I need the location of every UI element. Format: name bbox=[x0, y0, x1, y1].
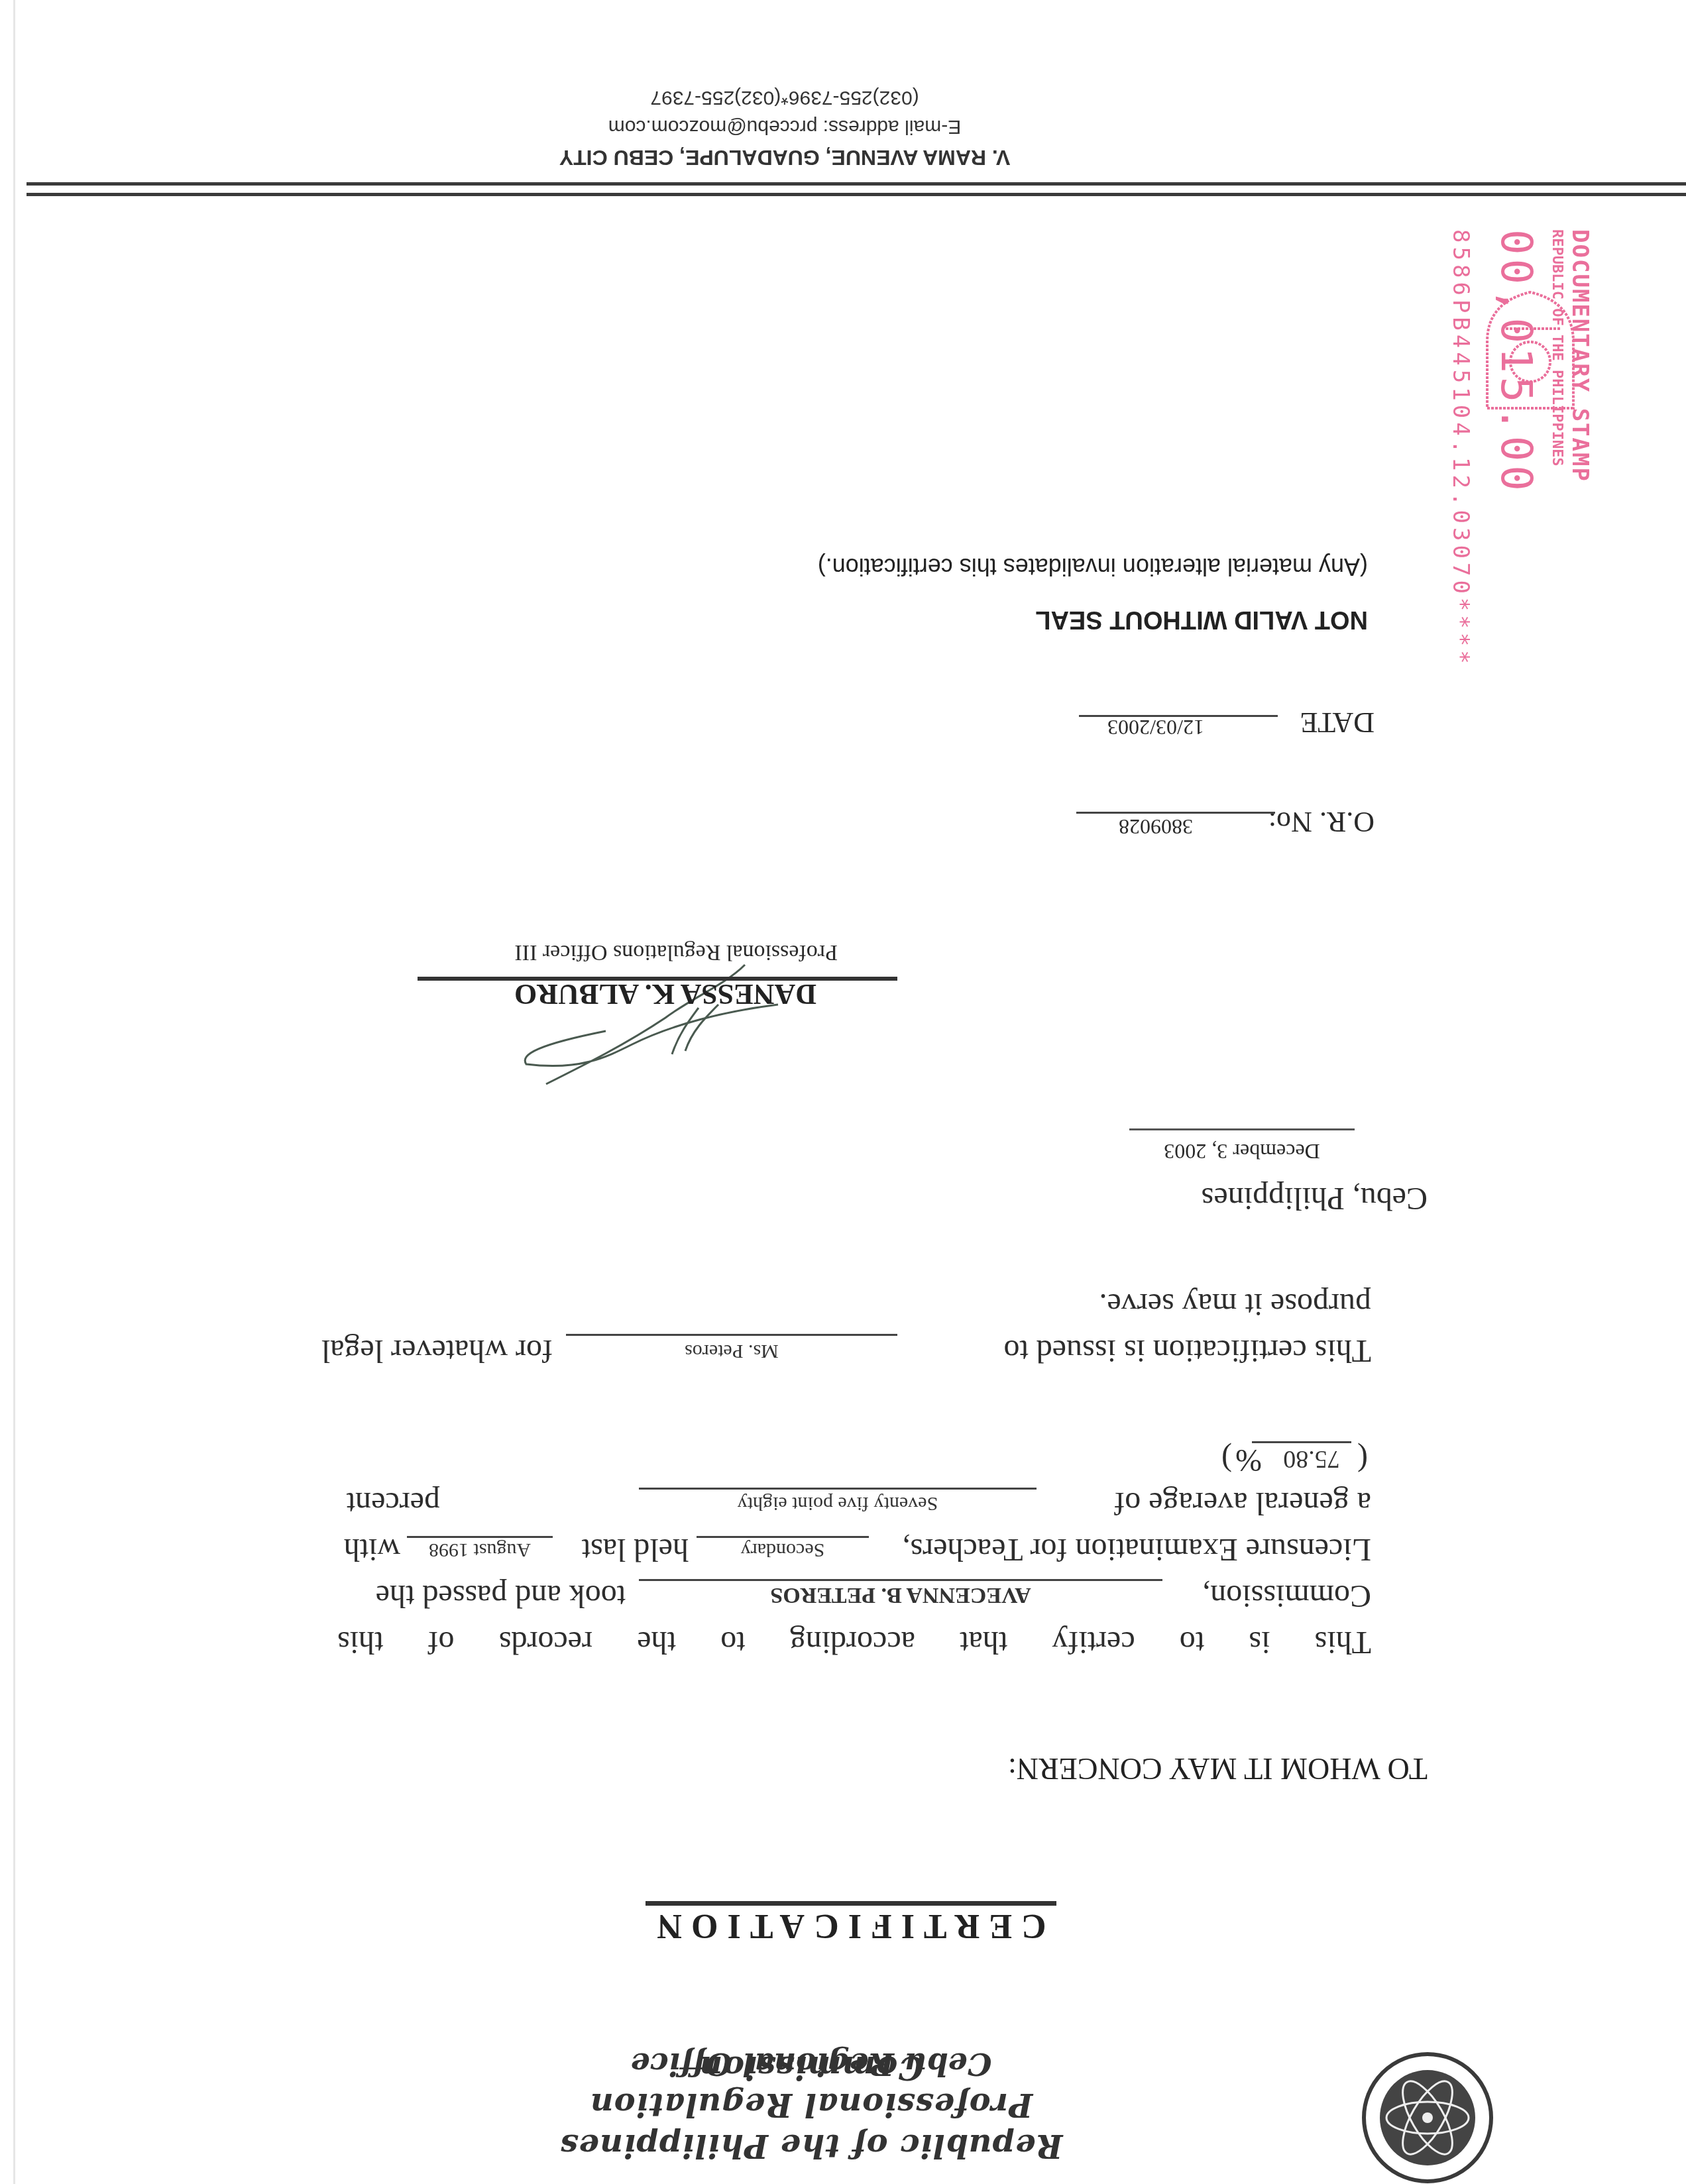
examinee-name-line bbox=[639, 1579, 1162, 1581]
stamp-serial: 8586PB445104.12.03070**** bbox=[1447, 229, 1474, 826]
paragraph1-line1: Thisistocertifythataccordingtotherecords… bbox=[337, 1624, 1371, 1661]
or-number-label: O.R. No: bbox=[1268, 805, 1375, 839]
certification-page: Republic of the Philippines Professional… bbox=[0, 0, 1686, 2184]
paragraph1-word: is bbox=[1249, 1624, 1270, 1661]
commission-label: Commission, bbox=[1202, 1578, 1371, 1614]
paragraph1-word: certify bbox=[1052, 1624, 1135, 1661]
with-text: with bbox=[344, 1531, 400, 1568]
date-issued-line bbox=[1129, 1128, 1355, 1130]
salutation: TO WHOM IT MAY CONCERN: bbox=[1008, 1751, 1428, 1786]
average-number: 75.80 bbox=[1272, 1445, 1351, 1474]
signature-line bbox=[418, 977, 897, 981]
or-number-value: 3809028 bbox=[1037, 814, 1275, 839]
paragraph1-word: to bbox=[1180, 1624, 1204, 1661]
average-label: a general average of bbox=[1114, 1485, 1371, 1521]
recipient-name: Ms. Peteros bbox=[566, 1340, 897, 1362]
footer-phones: (032)255-7396*(032)255-7397 bbox=[453, 86, 1116, 109]
percent-text: percent bbox=[347, 1485, 440, 1521]
footer-address: V. RAMA AVENUE, GUADALUPE, CEBU CITY bbox=[453, 145, 1116, 170]
header-office: Cebu Regional Office bbox=[480, 2046, 1143, 2082]
whatever-legal-text: for whatever legal bbox=[321, 1333, 553, 1369]
footer-email: E-mail address: prccebu@mozcom.com bbox=[453, 115, 1116, 138]
alteration-notice: (Any material alteration invalidates thi… bbox=[818, 553, 1368, 580]
exam-level: Secondary bbox=[697, 1539, 869, 1561]
stamp-coat-of-arms-icon bbox=[1474, 289, 1587, 415]
prc-seal-icon bbox=[1361, 2051, 1494, 2184]
average-words-line bbox=[639, 1488, 1037, 1490]
took-passed-text: took and passed the bbox=[376, 1578, 626, 1614]
purpose-text: purpose it may serve. bbox=[1099, 1286, 1371, 1323]
signatory-title: Professional Regulations Officer III bbox=[514, 940, 838, 965]
held-last-text: held last bbox=[582, 1531, 689, 1568]
place: Cebu, Philippines bbox=[1202, 1180, 1428, 1217]
footer-rule-top bbox=[27, 193, 1686, 196]
issued-to-label: This certification is issued to bbox=[1003, 1333, 1371, 1369]
title-underline bbox=[646, 1901, 1056, 1906]
signatory-name: DANESSA K. ALBURO bbox=[467, 977, 864, 1011]
average-words: Seventy five point eighty bbox=[639, 1492, 1037, 1515]
examinee-name: AVECENNA B. PETEROS bbox=[639, 1582, 1162, 1608]
paragraph1-word: This bbox=[1315, 1624, 1371, 1661]
header-republic: Republic of the Philippines bbox=[480, 2127, 1143, 2164]
paragraph1-word: to bbox=[720, 1624, 745, 1661]
paragraph1-word: of bbox=[428, 1624, 455, 1661]
exam-date-line bbox=[407, 1536, 553, 1538]
paragraph1-word: according bbox=[790, 1624, 915, 1661]
documentary-stamp: DOCUMENTARY STAMP REPUBLIC OF THE PHILIP… bbox=[1428, 229, 1593, 826]
paragraph1-word: the bbox=[637, 1624, 676, 1661]
page-edge bbox=[13, 0, 15, 2184]
not-valid-notice: NOT VALID WITHOUT SEAL bbox=[1035, 605, 1368, 633]
percent-close-paren: ) bbox=[1221, 1442, 1232, 1478]
receipt-date-label: DATE bbox=[1300, 706, 1375, 739]
recipient-line bbox=[566, 1334, 897, 1336]
receipt-date-value: 12/03/2003 bbox=[1037, 715, 1275, 739]
percent-sign: % bbox=[1235, 1442, 1262, 1478]
footer-rule-bottom bbox=[27, 182, 1686, 186]
exam-date: August 1998 bbox=[407, 1539, 553, 1561]
paragraph1-word: this bbox=[337, 1624, 383, 1661]
date-issued: December 3, 2003 bbox=[1136, 1139, 1348, 1164]
percent-open-paren: ( bbox=[1357, 1442, 1368, 1478]
paragraph1-word: records bbox=[499, 1624, 592, 1661]
level-line bbox=[697, 1536, 869, 1538]
or-number-line bbox=[1076, 812, 1275, 814]
paragraph1-word: that bbox=[960, 1624, 1007, 1661]
average-number-line bbox=[1252, 1441, 1351, 1443]
document-title: CERTIFICATION bbox=[642, 1906, 1052, 1945]
exam-name: Licensure Examination for Teachers, bbox=[903, 1531, 1371, 1568]
